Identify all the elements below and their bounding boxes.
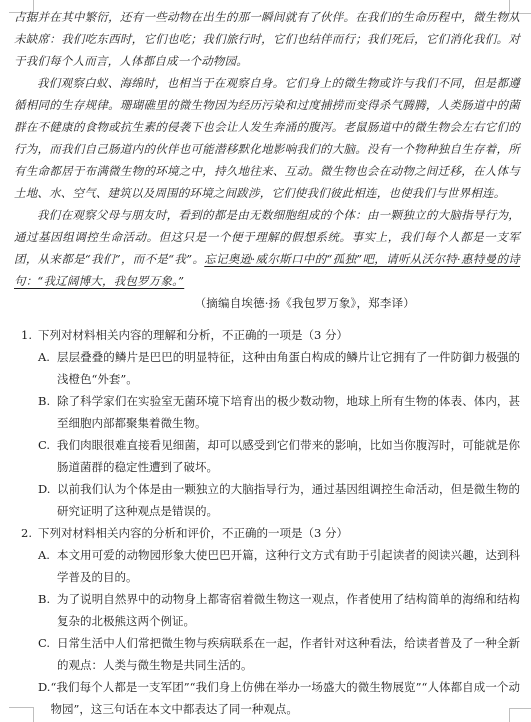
question-2-option-b: B. 为了说明自然界中的动物身上都寄宿着微生物这一观点，作者使用了结构简单的海绵… [14, 588, 520, 632]
question-2-option-b-text: 为了说明自然界中的动物身上都寄宿着微生物这一观点，作者使用了结构简单的海绵和结构… [57, 588, 520, 632]
question-2-option-c-text: 日常生活中人们常把微生物与疾病联系在一起，作者针对这种看法，给读者普及了一种全新… [57, 632, 520, 676]
question-2-option-c-label: C. [38, 632, 57, 676]
question-2-option-d-label: D. [38, 676, 50, 720]
question-1-option-d-text: 以前我们认为个体是由一颗独立的大脑指导行为，通过基因组调控生命活动，但是微生物的… [57, 478, 520, 522]
question-1-option-b: B. 除了科学家们在实验室无菌环境下培育出的极少数动物，地球上所有生物的体表、体… [14, 390, 520, 434]
question-1-header: 1. 下列对材料相关内容的理解和分析，不正确的一项是（3 分） [14, 324, 520, 346]
question-1-stem: 下列对材料相关内容的理解和分析，不正确的一项是（3 分） [38, 324, 520, 346]
passage-paragraph-3: 我们在观察父母与朋友时，看到的都是由无数细胞组成的个体：由一颗独立的大脑指导行为… [14, 204, 520, 292]
question-2-option-c: C. 日常生活中人们常把微生物与疾病联系在一起，作者针对这种看法，给读者普及了一… [14, 632, 520, 676]
passage-paragraph-1: 占据并在其中繁衍，还有一些动物在出生的那一瞬间就有了伙伴。在我们的生命历程中，微… [14, 6, 520, 72]
question-1-option-a-text: 层层叠叠的鳞片是巴巴的明显特征，这种由角蛋白构成的鳞片让它拥有了一件防御力极强的… [57, 346, 520, 390]
question-1-option-c-text: 我们肉眼很难直接看见细菌，却可以感受到它们带来的影响，比如当你腹泻时，可能就是你… [57, 434, 520, 478]
question-1-option-c-label: C. [38, 434, 57, 478]
question-1-number: 1. [14, 324, 38, 346]
question-1-option-b-label: B. [38, 390, 57, 434]
passage-paragraph-2: 我们观察白蚁、海绵时，也相当于在观察自身。它们身上的微生物或许与我们不同，但是都… [14, 72, 520, 204]
question-1-option-d-label: D. [38, 478, 57, 522]
question-1-option-d: D. 以前我们认为个体是由一颗独立的大脑指导行为，通过基因组调控生命活动，但是微… [14, 478, 520, 522]
question-1-option-a-label: A. [38, 346, 57, 390]
exam-page-content: 占据并在其中繁衍，还有一些动物在出生的那一瞬间就有了伙伴。在我们的生命历程中，微… [14, 6, 520, 720]
question-2-option-a-label: A. [38, 544, 57, 588]
question-2-header: 2. 下列对材料相关内容的分析和评价，不正确的一项是（3 分） [14, 522, 520, 544]
questions-section: 1. 下列对材料相关内容的理解和分析，不正确的一项是（3 分） A. 层层叠叠的… [14, 324, 520, 720]
question-2-option-a: A. 本文用可爱的动物园形象大使巴巴开篇，这种行文方式有助于引起读者的阅读兴趣，… [14, 544, 520, 588]
question-2-number: 2. [14, 522, 38, 544]
question-2-stem: 下列对材料相关内容的分析和评价，不正确的一项是（3 分） [38, 522, 520, 544]
question-2: 2. 下列对材料相关内容的分析和评价，不正确的一项是（3 分） A. 本文用可爱… [14, 522, 520, 720]
question-2-option-d: D. “我们每个人都是一支军团”“我们身上仿佛在举办一场盛大的微生物展览”“人体… [14, 676, 520, 720]
question-2-option-a-text: 本文用可爱的动物园形象大使巴巴开篇，这种行文方式有助于引起读者的阅读兴趣，达到科… [57, 544, 520, 588]
question-2-option-d-text: “我们每个人都是一支军团”“我们身上仿佛在举办一场盛大的微生物展览”“人体都自成… [50, 676, 520, 720]
question-1-option-b-text: 除了科学家们在实验室无菌环境下培育出的极少数动物，地球上所有生物的体表、体内，甚… [57, 390, 520, 434]
reading-passage: 占据并在其中繁衍，还有一些动物在出生的那一瞬间就有了伙伴。在我们的生命历程中，微… [14, 6, 520, 314]
passage-attribution: （摘编自埃德·扬《我包罗万象》，郑李译） [14, 292, 520, 314]
question-1-option-c: C. 我们肉眼很难直接看见细菌，却可以感受到它们带来的影响，比如当你腹泻时，可能… [14, 434, 520, 478]
question-2-option-b-label: B. [38, 588, 57, 632]
question-1-option-a: A. 层层叠叠的鳞片是巴巴的明显特征，这种由角蛋白构成的鳞片让它拥有了一件防御力… [14, 346, 520, 390]
question-1: 1. 下列对材料相关内容的理解和分析，不正确的一项是（3 分） A. 层层叠叠的… [14, 324, 520, 522]
